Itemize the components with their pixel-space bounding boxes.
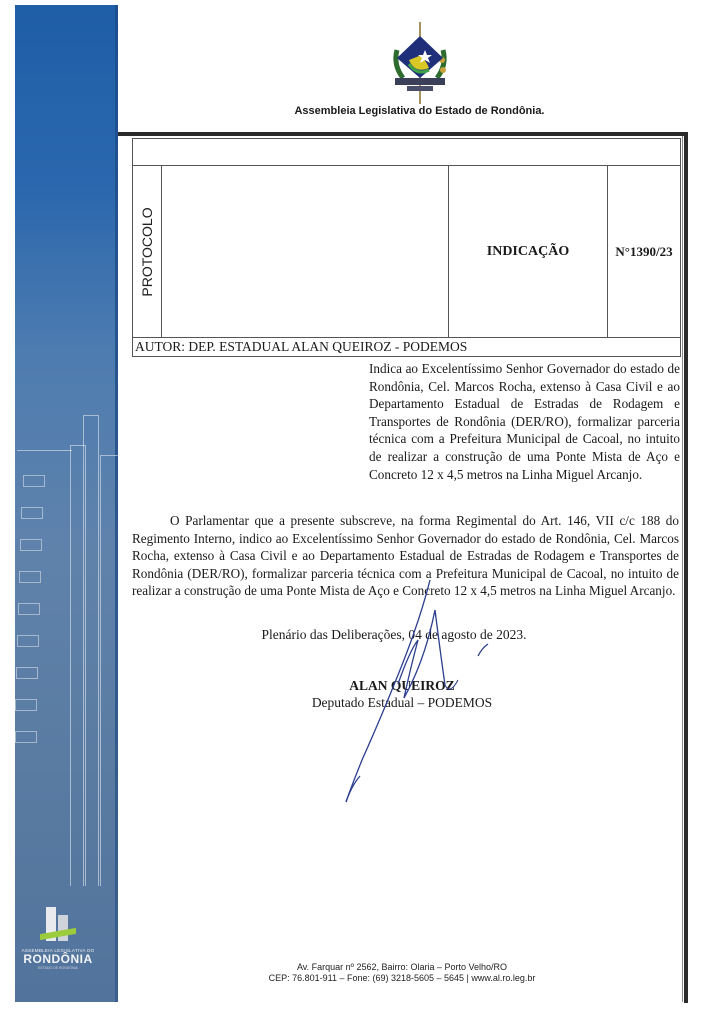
building-outline: [100, 455, 118, 886]
empty-cell: [133, 139, 681, 166]
building-window: [23, 475, 45, 487]
state-coat-of-arms-icon: [385, 20, 455, 105]
building-outline: [17, 450, 72, 452]
building-window: [21, 507, 43, 519]
building-window: [15, 731, 37, 743]
decorative-sidebar: [15, 5, 118, 1002]
page-footer: Av. Farquar nº 2562, Bairro: Olaria – Po…: [0, 962, 724, 984]
summary-paragraph: Indica ao Excelentíssimo Senhor Governad…: [369, 360, 680, 483]
building-window: [19, 571, 41, 583]
organization-title: Assembleia Legislativa do Estado de Rond…: [0, 105, 724, 117]
protocol-cell: PROTOCOLO: [133, 166, 162, 338]
protocol-stamp-area: [162, 166, 449, 338]
building-window: [18, 603, 40, 615]
building-window: [20, 539, 42, 551]
author-row: AUTOR: DEP. ESTADUAL ALAN QUEIROZ - PODE…: [133, 338, 681, 357]
frame-top-border: [118, 132, 688, 136]
protocol-label: PROTOCOLO: [139, 207, 155, 296]
footer-contact: CEP: 76.801-911 – Fone: (69) 3218-5605 –…: [80, 973, 724, 984]
doc-type-cell: INDICAÇÃO: [449, 166, 608, 338]
document-header-table: PROTOCOLO INDICAÇÃO N°1390/23 AUTOR: DEP…: [132, 138, 681, 357]
doc-number-cell: N°1390/23: [608, 166, 681, 338]
building-logo-icon: [38, 905, 78, 945]
frame-right-border: [684, 132, 688, 1003]
handwritten-signature-icon: [300, 580, 520, 810]
frame-inner-border: [682, 136, 683, 1002]
footer-address: Av. Farquar nº 2562, Bairro: Olaria – Po…: [80, 962, 724, 973]
author-cell: AUTOR: DEP. ESTADUAL ALAN QUEIROZ - PODE…: [133, 338, 681, 357]
assembly-logo: ASSEMBLEIA LEGISLATIVA DO RONDÔNIA ESTAD…: [18, 905, 98, 970]
header-main-row: PROTOCOLO INDICAÇÃO N°1390/23: [133, 166, 681, 338]
header-empty-row: [133, 139, 681, 166]
building-outline: [83, 415, 99, 886]
